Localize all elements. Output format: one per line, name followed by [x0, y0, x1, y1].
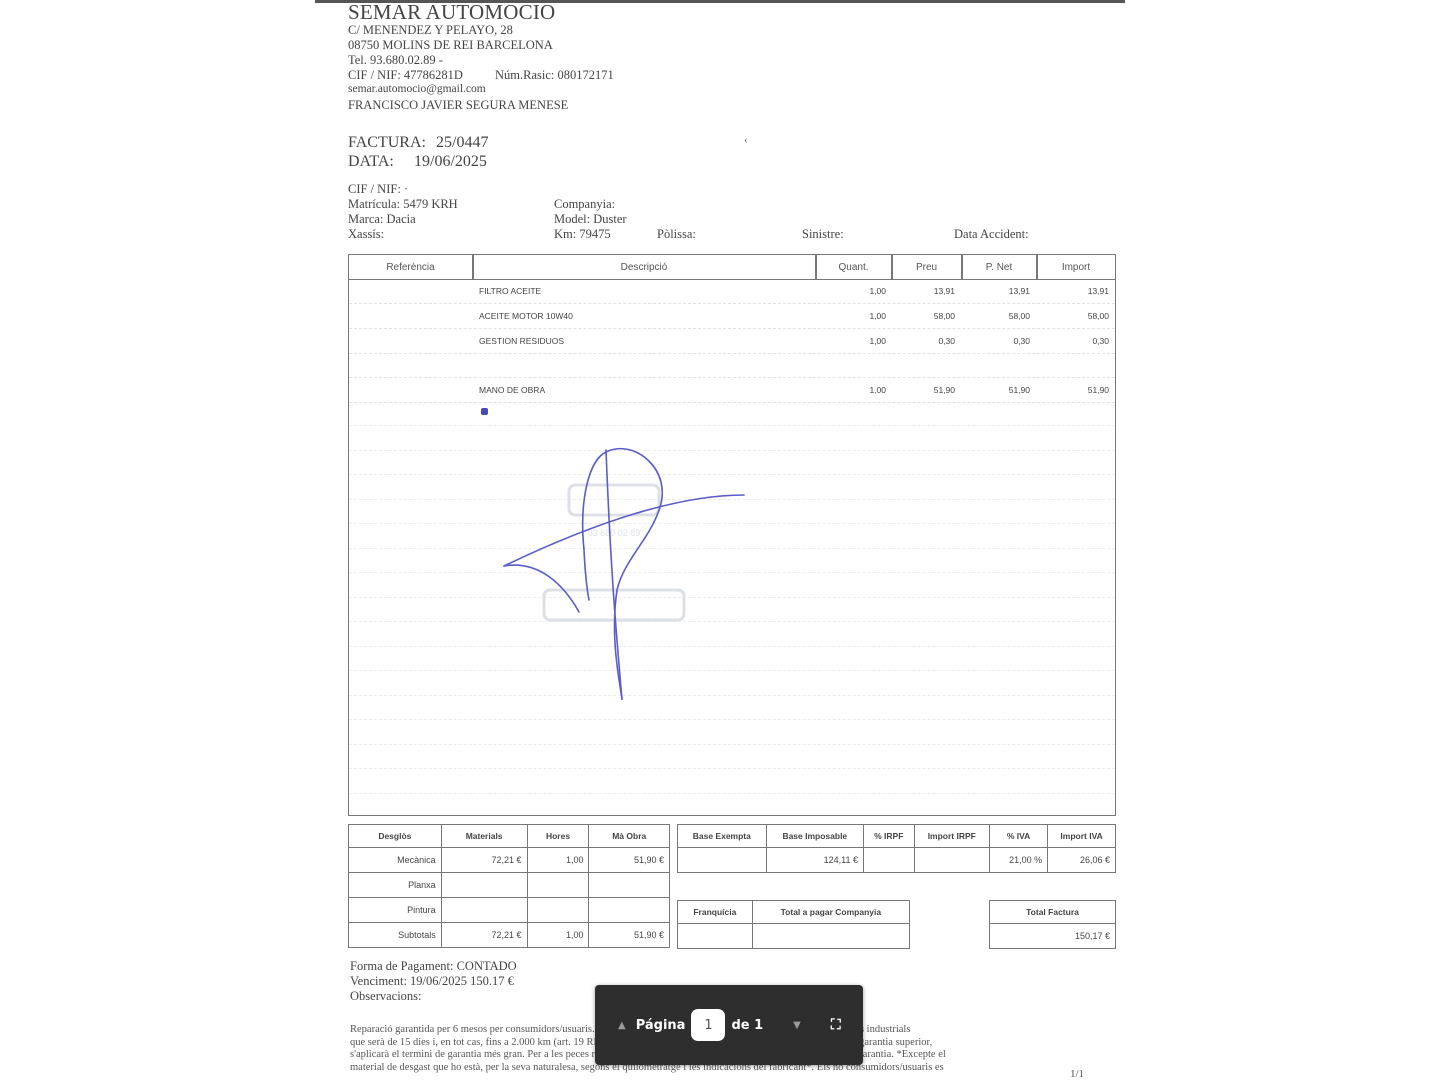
- breakdown-category: Mecànica: [349, 848, 442, 873]
- breakdown-value: [527, 873, 589, 898]
- total-table: Total Factura 150,17 €: [989, 900, 1116, 949]
- table-row: ACEITE MOTOR 10W401,0058,0058,0058,00: [349, 304, 1115, 329]
- vehicle-model: Model: Duster: [554, 212, 627, 227]
- breakdown-value: [441, 873, 527, 898]
- tax-value: [678, 848, 767, 873]
- company-owner: FRANCISCO JAVIER SEGURA MENESE: [348, 98, 568, 113]
- breakdown-table: DesglòsMaterialsHoresMà Obra Mecànica72,…: [348, 824, 670, 948]
- item-description: ACEITE MOTOR 10W40: [479, 304, 809, 328]
- item-amount: [1037, 353, 1109, 377]
- item-amount: 51,90: [1037, 378, 1109, 402]
- col-reference: Referència: [349, 255, 472, 279]
- item-net-price: 13,91: [962, 279, 1030, 303]
- insurance-table: FranquíciaTotal a pagar Companyia: [677, 900, 910, 949]
- breakdown-header-2: Hores: [527, 825, 589, 848]
- tax-value: 26,06 €: [1048, 848, 1116, 873]
- breakdown-row: Subtotals72,21 €1,0051,90 €: [349, 923, 670, 948]
- item-net-price: 51,90: [962, 378, 1030, 402]
- item-price: [892, 353, 955, 377]
- insurance-value: [752, 924, 909, 949]
- breakdown-value: 1,00: [527, 923, 589, 948]
- previous-page-icon[interactable]: ▲: [618, 1020, 626, 1031]
- payment-method: Forma de Pagament: CONTADO: [350, 959, 517, 974]
- svg-text:93 680 02 89: 93 680 02 89: [588, 528, 641, 538]
- ruling-line: [349, 425, 1115, 426]
- invoice-date: 19/06/2025: [414, 153, 487, 171]
- ink-mark: [481, 408, 488, 415]
- breakdown-value: 72,21 €: [441, 923, 527, 948]
- tax-header-3: Import IRPF: [914, 825, 989, 848]
- page-footer-number: 1/1: [1070, 1068, 1084, 1080]
- company-phone: Tel. 93.680.02.89 -: [348, 53, 443, 68]
- observations-label: Observacions:: [350, 989, 422, 1004]
- item-price: 0,30: [892, 329, 955, 353]
- items-table-header: Referència Descripció Quant. Preu P. Net…: [349, 255, 1115, 280]
- policy-number: Pòlissa:: [657, 227, 696, 242]
- ruling-line: [349, 744, 1115, 745]
- fullscreen-icon[interactable]: ⛶: [831, 1017, 841, 1033]
- breakdown-category: Planxa: [349, 873, 442, 898]
- col-net-price: P. Net: [962, 255, 1036, 279]
- company-name: SEMAR AUTOMOCIO: [348, 0, 555, 25]
- tax-value: [863, 848, 914, 873]
- item-description: [479, 353, 809, 377]
- item-reference: [349, 304, 472, 328]
- tax-header-5: Import IVA: [1048, 825, 1116, 848]
- breakdown-value: [527, 898, 589, 923]
- item-net-price: 58,00: [962, 304, 1030, 328]
- tax-header-2: % IRPF: [863, 825, 914, 848]
- company-city: 08750 MOLINS DE REI BARCELONA: [348, 38, 553, 53]
- total-value: 150,17 €: [990, 924, 1116, 949]
- col-quantity: Quant.: [816, 255, 891, 279]
- company-rasic: Núm.Rasic: 080172171: [495, 68, 614, 83]
- insurance-header-0: Franquícia: [678, 901, 753, 924]
- tax-value: 124,11 €: [766, 848, 863, 873]
- item-price: 51,90: [892, 378, 955, 402]
- accident-date: Data Accident:: [954, 227, 1029, 242]
- invoice-number: 25/0447: [436, 134, 488, 152]
- breakdown-header-3: Mà Obra: [589, 825, 670, 848]
- tax-header-0: Base Exempta: [678, 825, 767, 848]
- col-description: Descripció: [473, 255, 815, 279]
- breakdown-value: 51,90 €: [589, 923, 670, 948]
- breakdown-value: 1,00: [527, 848, 589, 873]
- insurance-header-1: Total a pagar Companyia: [752, 901, 909, 924]
- page-navigation-toolbar: ▲ Página 1 de 1 ▼ ⛶: [595, 985, 863, 1065]
- invoice-date-label: DATA:: [348, 153, 394, 171]
- item-reference: [349, 329, 472, 353]
- breakdown-value: [589, 898, 670, 923]
- ruling-line: [349, 793, 1115, 794]
- ruling-line: [349, 719, 1115, 720]
- vehicle-brand: Marca: Dacia: [348, 212, 416, 227]
- item-amount: 58,00: [1037, 304, 1109, 328]
- breakdown-value: [589, 873, 670, 898]
- next-page-icon[interactable]: ▼: [793, 1020, 801, 1031]
- item-quantity: 1,00: [816, 329, 886, 353]
- payment-due: Venciment: 19/06/2025 150.17 €: [350, 974, 514, 989]
- breakdown-row: Pintura: [349, 898, 670, 923]
- breakdown-category: Subtotals: [349, 923, 442, 948]
- insurance-company: Companyia:: [554, 197, 615, 212]
- taxes-table: Base ExemptaBase Imposable% IRPFImport I…: [677, 824, 1116, 873]
- table-row: GESTION RESIDUOS1,000,300,300,30: [349, 329, 1115, 354]
- item-quantity: 1,00: [816, 279, 886, 303]
- tax-header-4: % IVA: [990, 825, 1048, 848]
- company-cif: CIF / NIF: 47786281D: [348, 68, 463, 83]
- breakdown-value: [441, 898, 527, 923]
- invoice-number-label: FACTURA:: [348, 134, 426, 152]
- breakdown-category: Pintura: [349, 898, 442, 923]
- item-net-price: 0,30: [962, 329, 1030, 353]
- page-label: Página: [636, 1018, 686, 1033]
- insurance-value: [678, 924, 753, 949]
- item-quantity: 1,00: [816, 304, 886, 328]
- tax-header-1: Base Imposable: [766, 825, 863, 848]
- item-description: FILTRO ACEITE: [479, 279, 809, 303]
- company-address: C/ MENENDEZ Y PELAYO, 28: [348, 23, 513, 38]
- breakdown-value: 51,90 €: [589, 848, 670, 873]
- tax-value: [914, 848, 989, 873]
- signature-stamp: 93 680 02 89: [499, 440, 759, 700]
- claim-number: Sinistre:: [802, 227, 844, 242]
- ruling-line: [349, 768, 1115, 769]
- vehicle-plate: Matrícula: 5479 KRH: [348, 197, 458, 212]
- item-description: GESTION RESIDUOS: [479, 329, 809, 353]
- items-table: Referència Descripció Quant. Preu P. Net…: [348, 254, 1116, 816]
- table-row: MANO DE OBRA1,0051,9051,9051,90: [349, 378, 1115, 403]
- item-net-price: [962, 353, 1030, 377]
- item-price: 13,91: [892, 279, 955, 303]
- breakdown-row: Mecànica72,21 €1,0051,90 €: [349, 848, 670, 873]
- item-reference: [349, 353, 472, 377]
- client-cif: CIF / NIF: ·: [348, 182, 408, 197]
- col-price: Preu: [892, 255, 961, 279]
- item-quantity: 1,00: [816, 378, 886, 402]
- company-email: semar.automocio@gmail.com: [348, 83, 486, 95]
- item-description: MANO DE OBRA: [479, 378, 809, 402]
- vehicle-chassis: Xassís:: [348, 227, 384, 242]
- item-price: 58,00: [892, 304, 955, 328]
- stray-mark: ‹: [744, 134, 748, 146]
- breakdown-header-0: Desglòs: [349, 825, 442, 848]
- breakdown-header-1: Materials: [441, 825, 527, 848]
- item-amount: 13,91: [1037, 279, 1109, 303]
- item-reference: [349, 279, 472, 303]
- item-reference: [349, 378, 472, 402]
- col-amount: Import: [1037, 255, 1115, 279]
- total-label: Total Factura: [990, 901, 1116, 924]
- breakdown-row: Planxa: [349, 873, 670, 898]
- table-row: [349, 353, 1115, 378]
- table-row: FILTRO ACEITE1,0013,9113,9113,91: [349, 279, 1115, 304]
- item-amount: 0,30: [1037, 329, 1109, 353]
- page-number-input[interactable]: 1: [691, 1009, 725, 1041]
- page-total: de 1: [731, 1018, 763, 1033]
- item-quantity: [816, 353, 886, 377]
- breakdown-value: 72,21 €: [441, 848, 527, 873]
- tax-value: 21,00 %: [990, 848, 1048, 873]
- vehicle-km: Km: 79475: [554, 227, 611, 242]
